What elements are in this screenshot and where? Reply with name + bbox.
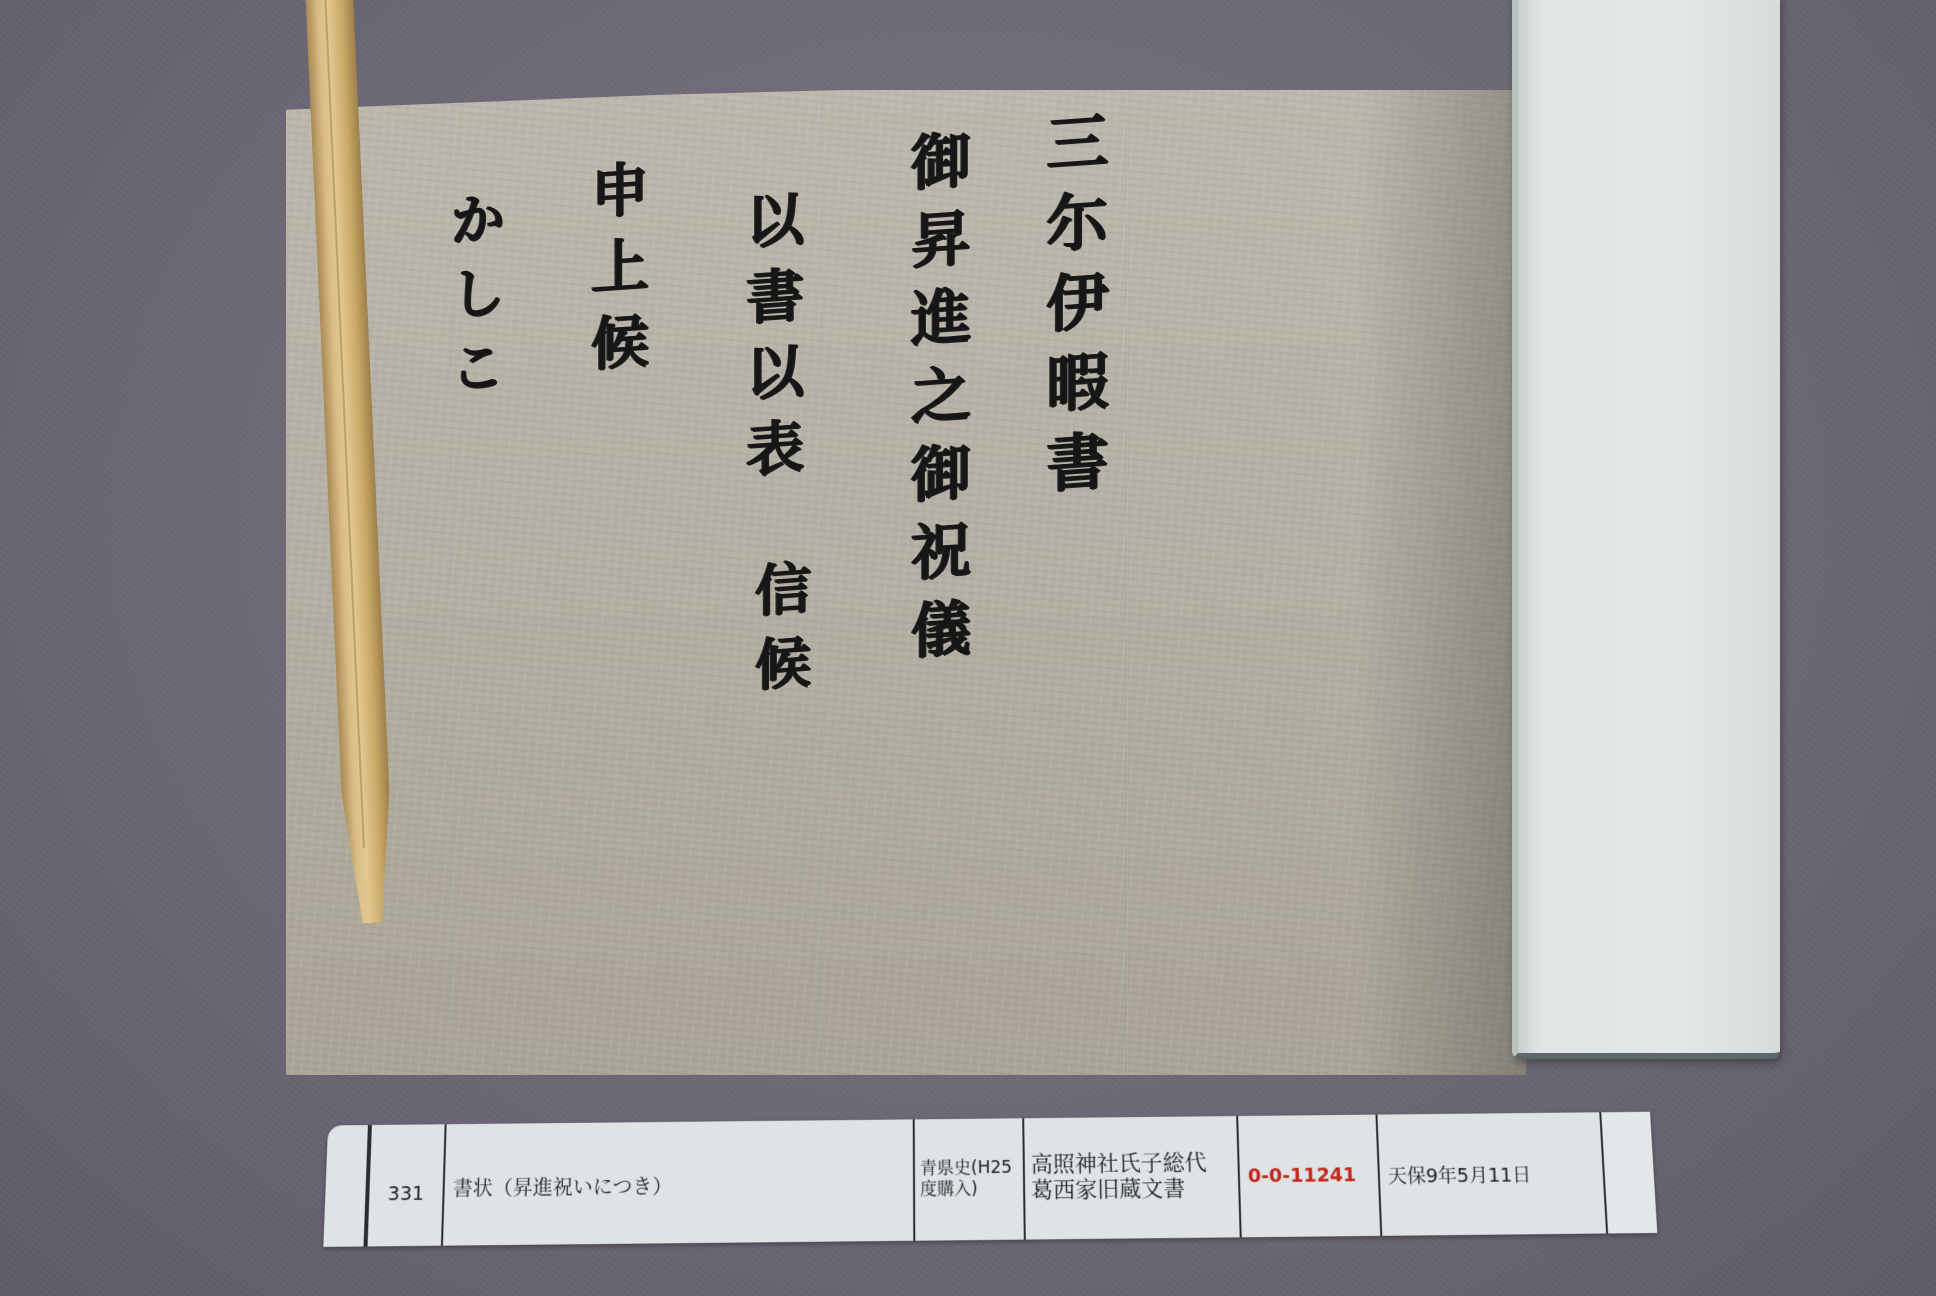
paper-fold-line	[821, 90, 824, 1075]
handwritten-column-4: 申上候	[586, 158, 644, 390]
label-source: 青県史(H25 度購入)	[915, 1118, 1026, 1240]
label-date: 天保9年5月11日	[1377, 1112, 1608, 1236]
catalog-label-strip: 331 書状（昇進祝いにつき） 青県史(H25 度購入) 高照神社氏子総代 葛西…	[323, 1112, 1657, 1247]
historical-letter-paper: 三尓伊暇書 御昇進之御祝儀 以書以表 申上候 かしこ 信候	[286, 90, 1526, 1075]
paper-stain	[1356, 90, 1526, 1075]
label-source-line2: 度購入)	[920, 1179, 1012, 1201]
handwritten-column-3: 以書以表	[741, 188, 799, 496]
label-blank-cell	[1601, 1112, 1657, 1234]
label-collection-line2: 葛西家旧蔵文書	[1031, 1177, 1208, 1205]
label-number: 331	[366, 1124, 447, 1246]
label-source-line1: 青県史(H25	[920, 1158, 1012, 1180]
handwritten-column-2: 御昇進之御祝儀	[906, 128, 966, 678]
handwritten-signature: 信候	[751, 558, 807, 710]
label-margin	[323, 1125, 370, 1247]
paper-fold-line	[1126, 90, 1129, 1075]
handwritten-column-5: かしこ	[446, 188, 502, 414]
handwritten-column-1: 三尓伊暇書	[1041, 108, 1103, 512]
white-board-weight	[1512, 0, 1780, 1059]
label-collection: 高照神社氏子総代 葛西家旧蔵文書	[1024, 1116, 1242, 1240]
label-title: 書状（昇進祝いにつき）	[443, 1119, 915, 1245]
label-collection-line1: 高照神社氏子総代	[1031, 1151, 1207, 1179]
label-catalog-id: 0-0-11241	[1238, 1115, 1382, 1238]
